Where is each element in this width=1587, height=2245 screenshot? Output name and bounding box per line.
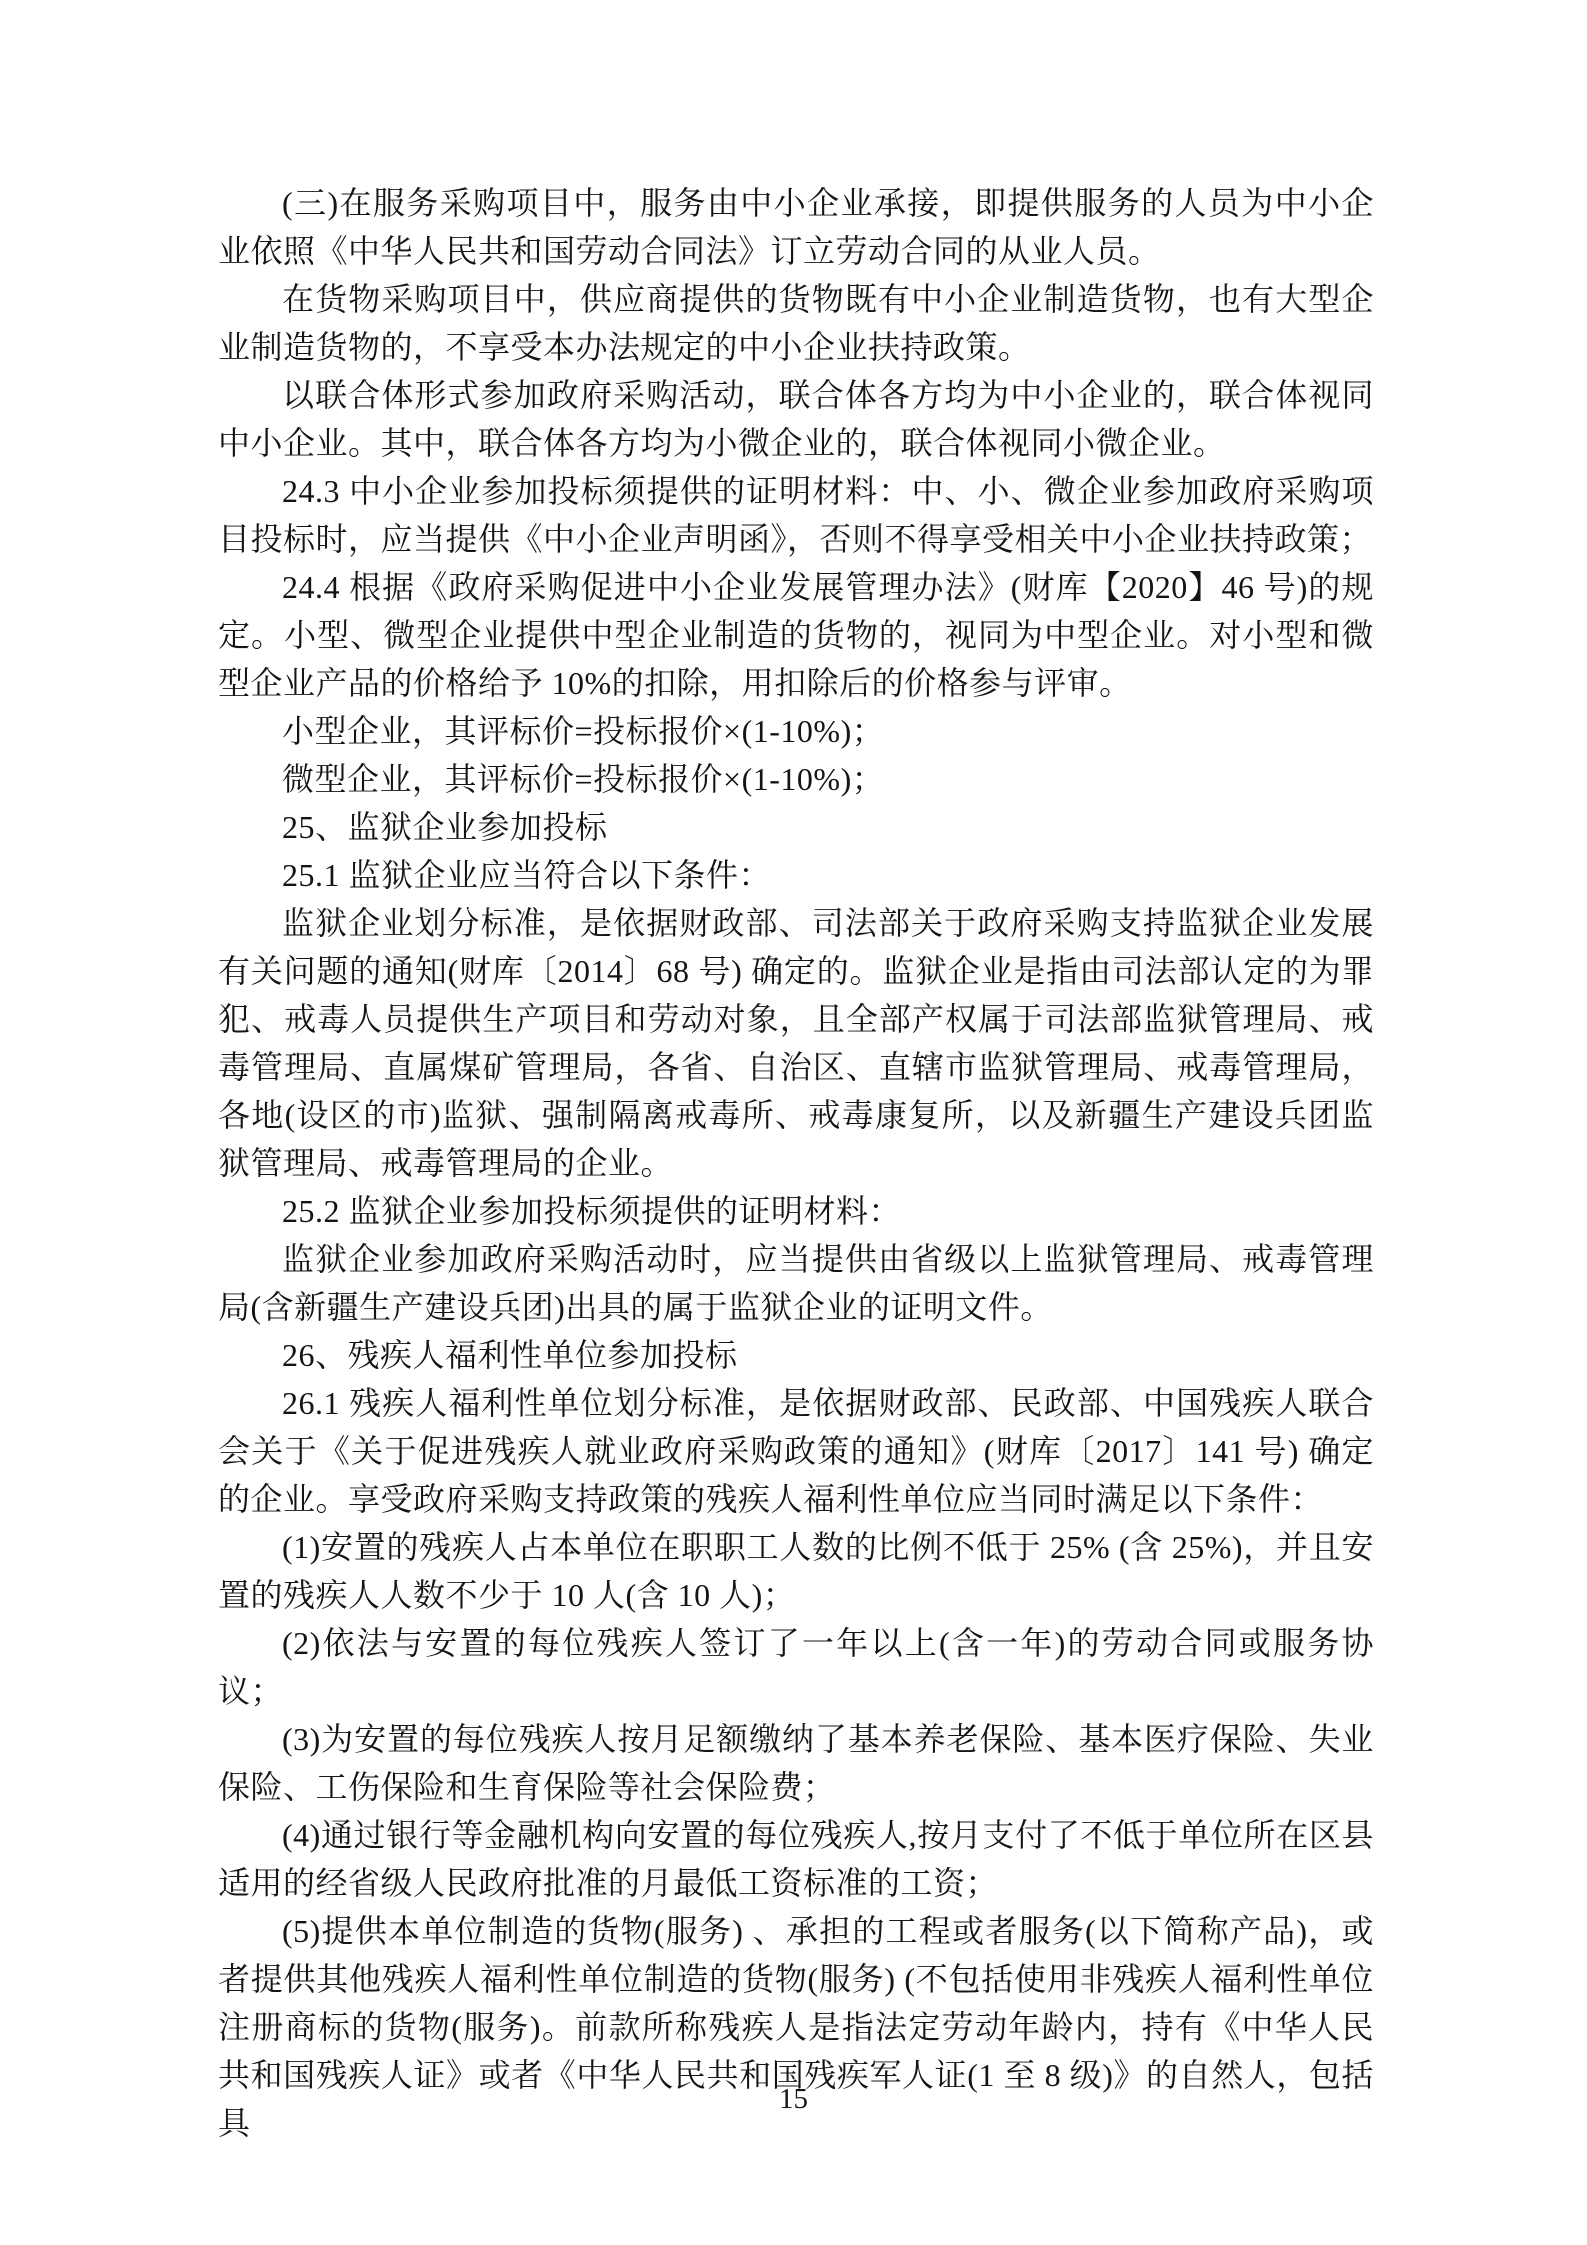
paragraph: 在货物采购项目中，供应商提供的货物既有中小企业制造货物，也有大型企业制造货物的，…	[218, 275, 1374, 371]
paragraph: 24.4 根据《政府采购促进中小企业发展管理办法》(财库【2020】46 号)的…	[218, 563, 1374, 707]
paragraph: (4)通过银行等金融机构向安置的每位残疾人,按月支付了不低于单位所在区县适用的经…	[218, 1811, 1374, 1907]
paragraph: 以联合体形式参加政府采购活动，联合体各方均为中小企业的，联合体视同中小企业。其中…	[218, 371, 1374, 467]
page-footer: 15	[0, 2082, 1587, 2116]
paragraph: 24.3 中小企业参加投标须提供的证明材料：中、小、微企业参加政府采购项目投标时…	[218, 467, 1374, 563]
document-page: (三)在服务采购项目中，服务由中小企业承接，即提供服务的人员为中小企业依照《中华…	[0, 0, 1587, 2245]
paragraph: 微型企业，其评标价=投标报价×(1-10%)；	[218, 755, 1374, 803]
paragraph: (3)为安置的每位残疾人按月足额缴纳了基本养老保险、基本医疗保险、失业保险、工伤…	[218, 1715, 1374, 1811]
paragraph: (2)依法与安置的每位残疾人签订了一年以上(含一年)的劳动合同或服务协议；	[218, 1619, 1374, 1715]
paragraph: (三)在服务采购项目中，服务由中小企业承接，即提供服务的人员为中小企业依照《中华…	[218, 179, 1374, 275]
paragraph: (1)安置的残疾人占本单位在职职工人数的比例不低于 25% (含 25%)，并且…	[218, 1523, 1374, 1619]
paragraph: 26、残疾人福利性单位参加投标	[218, 1331, 1374, 1379]
paragraph: 小型企业，其评标价=投标报价×(1-10%)；	[218, 707, 1374, 755]
page-number: 15	[779, 2083, 808, 2115]
paragraph: 25.1 监狱企业应当符合以下条件：	[218, 851, 1374, 899]
paragraph: 26.1 残疾人福利性单位划分标准，是依据财政部、民政部、中国残疾人联合会关于《…	[218, 1379, 1374, 1523]
paragraph: 监狱企业划分标准，是依据财政部、司法部关于政府采购支持监狱企业发展有关问题的通知…	[218, 899, 1374, 1187]
paragraph: 25、监狱企业参加投标	[218, 803, 1374, 851]
paragraph: 25.2 监狱企业参加投标须提供的证明材料：	[218, 1187, 1374, 1235]
paragraph: 监狱企业参加政府采购活动时，应当提供由省级以上监狱管理局、戒毒管理局(含新疆生产…	[218, 1235, 1374, 1331]
document-body: (三)在服务采购项目中，服务由中小企业承接，即提供服务的人员为中小企业依照《中华…	[218, 179, 1374, 2147]
